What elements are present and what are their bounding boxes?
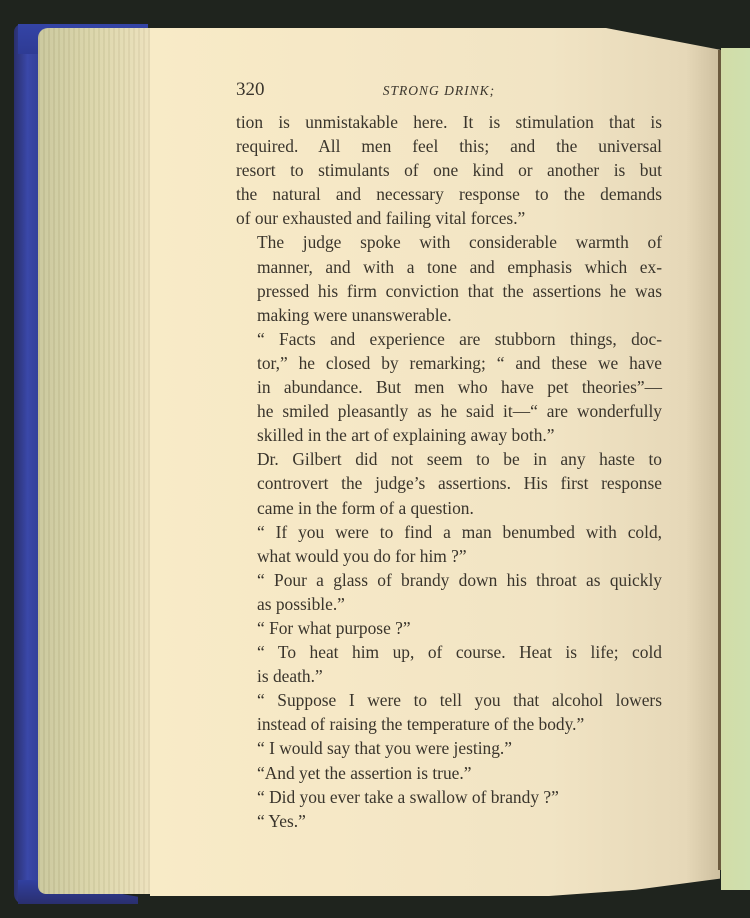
text-line: as possible.”: [236, 592, 662, 616]
paragraph: “ I would say that you were jesting.”: [236, 736, 662, 760]
running-head: 320 STRONG DRINK;: [236, 78, 662, 102]
text-line: “ To heat him up, of course. Heat is lif…: [236, 640, 662, 664]
paragraph: “ Facts and experience are stubborn thin…: [236, 327, 662, 447]
text-line: “ Suppose I were to tell you that alcoho…: [236, 688, 662, 712]
text-line: in abundance. But men who have pet theor…: [236, 375, 662, 399]
paragraph: tion is unmistakable here. It is stimula…: [236, 110, 662, 230]
paragraph: “ If you were to find a man benumbed wit…: [236, 520, 662, 568]
paragraph: “And yet the assertion is true.”: [236, 761, 662, 785]
paragraph: The judge spoke with considerable warmth…: [236, 230, 662, 326]
text-line: controvert the judge’s assertions. His f…: [236, 471, 662, 495]
text-line: instead of raising the temperature of th…: [236, 712, 662, 736]
text-line: “And yet the assertion is true.”: [236, 761, 662, 785]
text-line: “ For what purpose ?”: [236, 616, 662, 640]
book-photo: 320 STRONG DRINK; tion is unmistakable h…: [0, 0, 750, 918]
paragraph: “ Did you ever take a swallow of brandy …: [236, 785, 662, 809]
text-line: the natural and necessary response to th…: [236, 182, 662, 206]
text-line: what would you do for him ?”: [236, 544, 662, 568]
text-line: of our exhausted and failing vital force…: [236, 206, 662, 230]
paragraph: “ Suppose I were to tell you that alcoho…: [236, 688, 662, 736]
paragraph: “ Pour a glass of brandy down his throat…: [236, 568, 662, 616]
paragraph: Dr. Gilbert did not seem to be in any ha…: [236, 447, 662, 519]
text-line: “ Yes.”: [236, 809, 662, 833]
page-edges-stack: [38, 28, 156, 894]
paragraph: “ Yes.”: [236, 809, 662, 833]
paragraph: “ For what purpose ?”: [236, 616, 662, 640]
text-line: skilled in the art of explaining away bo…: [236, 423, 662, 447]
text-line: “ Did you ever take a swallow of brandy …: [236, 785, 662, 809]
text-line: making were unanswerable.: [236, 303, 662, 327]
text-line: “ I would say that you were jesting.”: [236, 736, 662, 760]
text-line: “ Facts and experience are stubborn thin…: [236, 327, 662, 351]
facing-page-edge: [721, 48, 750, 890]
text-line: manner, and with a tone and emphasis whi…: [236, 255, 662, 279]
text-line: he smiled pleasantly as he said it—“ are…: [236, 399, 662, 423]
text-line: resort to stimulants of one kind or anot…: [236, 158, 662, 182]
text-line: tion is unmistakable here. It is stimula…: [236, 110, 662, 134]
text-line: Dr. Gilbert did not seem to be in any ha…: [236, 447, 662, 471]
text-line: is death.”: [236, 664, 662, 688]
text-line: came in the form of a question.: [236, 496, 662, 520]
page-number: 320: [236, 78, 276, 102]
text-line: The judge spoke with considerable warmth…: [236, 230, 662, 254]
page-content: 320 STRONG DRINK; tion is unmistakable h…: [236, 78, 662, 833]
text-line: pressed his firm conviction that the ass…: [236, 279, 662, 303]
running-title: STRONG DRINK;: [276, 79, 662, 103]
paragraph: “ To heat him up, of course. Heat is lif…: [236, 640, 662, 688]
text-line: “ If you were to find a man benumbed wit…: [236, 520, 662, 544]
text-line: tor,” he closed by remarking; “ and thes…: [236, 351, 662, 375]
text-line: “ Pour a glass of brandy down his throat…: [236, 568, 662, 592]
body-text: tion is unmistakable here. It is stimula…: [236, 110, 662, 833]
text-line: required. All men feel this; and the uni…: [236, 134, 662, 158]
